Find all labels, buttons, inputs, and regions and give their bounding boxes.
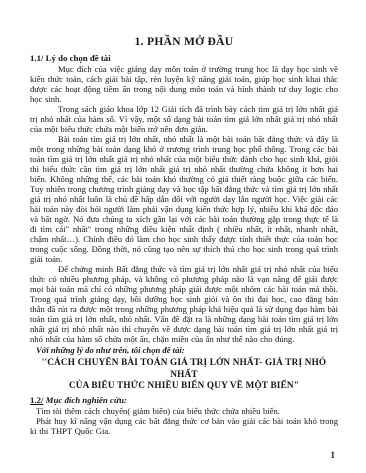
page-number: 1 — [331, 450, 336, 460]
paragraph-purpose-teaching: Mục đích của việc giảng dạy môn toán ở t… — [30, 64, 338, 104]
paragraph-textbook-grade-12: Trong sách giáo khoa lớp 12 Giải tích đã… — [30, 104, 338, 134]
document-page: 1. PHẦN MỞ ĐẦU 1.1/ Lý do chọn đề tài Mụ… — [0, 0, 366, 473]
section-1-2-label: Mục đích nghiên cứu: — [43, 395, 126, 405]
topic-title-line-1: ''CÁCH CHUYỂN BÀI TOÁN GIÁ TRỊ LỚN NHẤT-… — [30, 357, 338, 380]
paragraph-maxmin-problem: Bài toán tìm giá trị lớn nhất, nhỏ nhất … — [30, 134, 338, 264]
section-1-2-number: 1.2/ — [30, 395, 43, 405]
page-title: 1. PHẦN MỞ ĐẦU — [30, 36, 338, 48]
section-1-1-heading: 1.1/ Lý do chọn đề tài — [30, 53, 338, 64]
research-goal-line-1: Tìm tòi thêm cách chuyển( giảm biến) của… — [30, 406, 338, 416]
paragraph-methods-derivative: Để chứng minh Bất đẳng thức và tìm giá t… — [30, 264, 338, 344]
reason-closing-line: Với những lý do như trên, tôi chọn đề tà… — [30, 345, 338, 355]
topic-title: ''CÁCH CHUYỂN BÀI TOÁN GIÁ TRỊ LỚN NHẤT-… — [30, 357, 338, 392]
section-1-2-heading: 1.2/ Mục đích nghiên cứu: — [30, 395, 338, 406]
page-content: 1. PHẦN MỞ ĐẦU 1.1/ Lý do chọn đề tài Mụ… — [0, 0, 366, 436]
research-goal-line-2: Phát huy kĩ năng vận dụng các bất đẳng t… — [30, 416, 338, 436]
topic-title-line-2: CỦA BIỂU THỨC NHIỀU BIẾN QUY VỀ MỘT BIẾN… — [30, 380, 338, 392]
